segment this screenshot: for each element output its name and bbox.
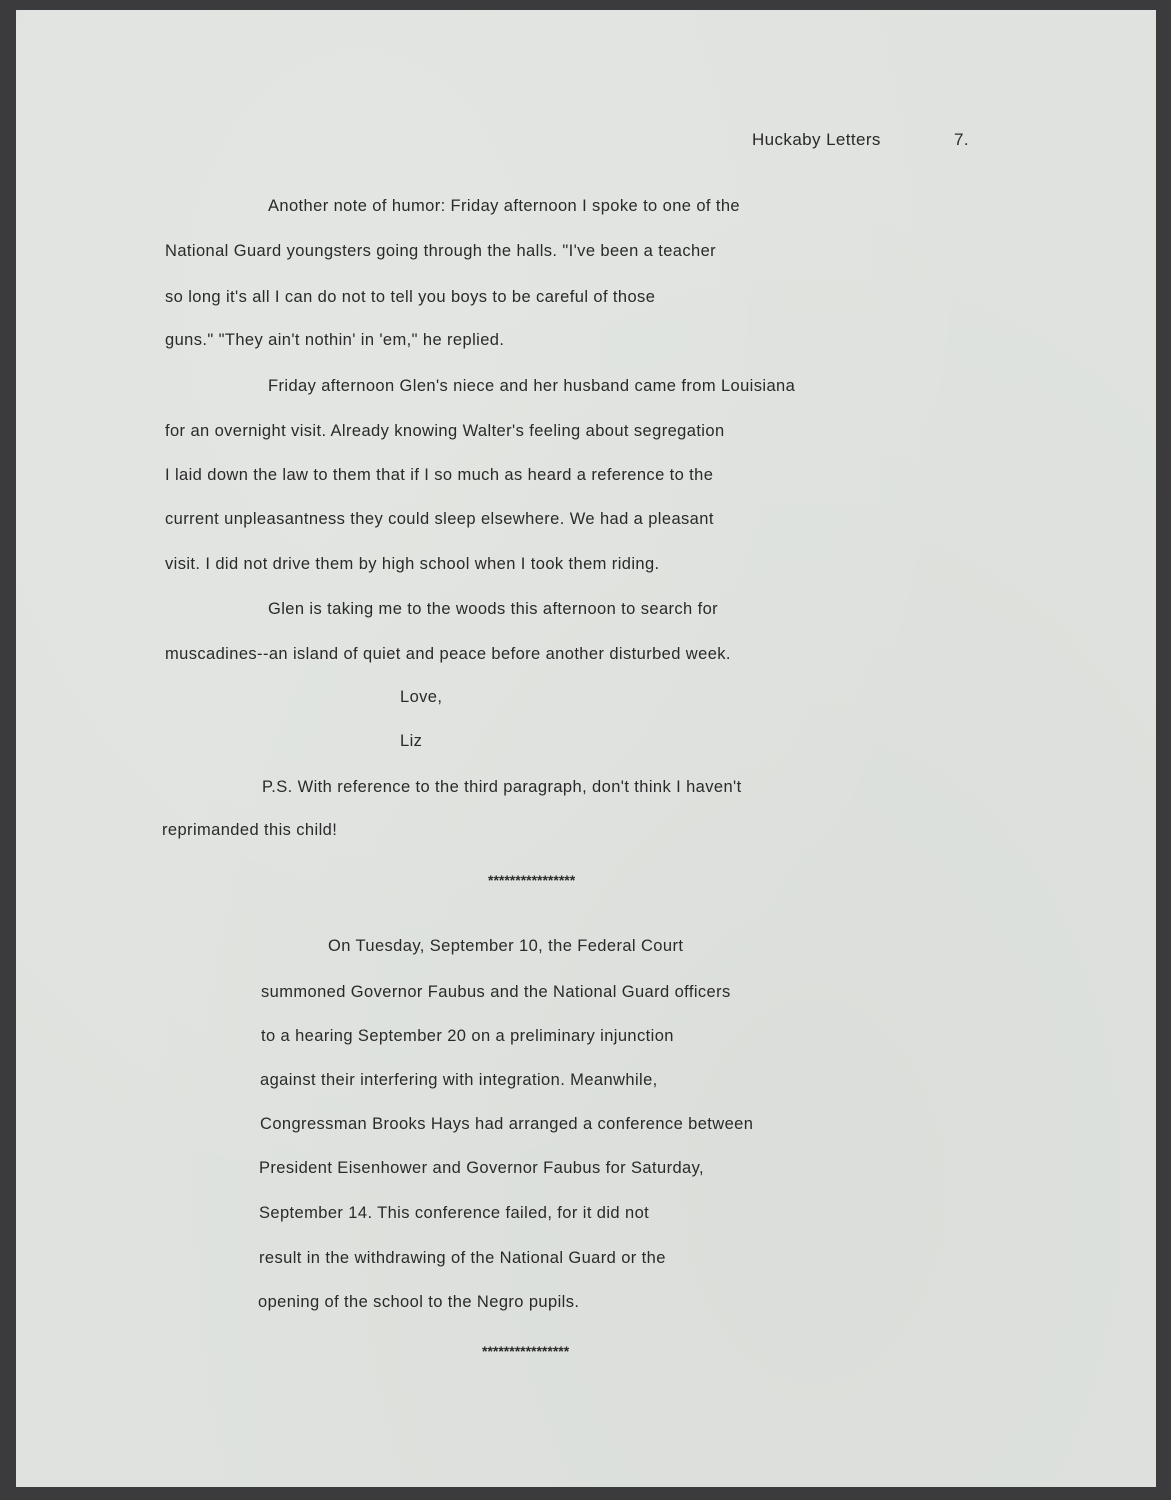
narrative-line-7: September 14. This conference failed, fo… (259, 1203, 649, 1223)
section-separator-2: **************** (482, 1341, 569, 1361)
letter-signature: Liz (400, 731, 422, 751)
letter-paragraph-1-line-1: Another note of humor: Friday afternoon … (268, 196, 740, 216)
narrative-line-5: Congressman Brooks Hays had arranged a c… (260, 1114, 753, 1134)
letter-paragraph-3-line-1: Glen is taking me to the woods this afte… (268, 599, 718, 619)
narrative-line-2: summoned Governor Faubus and the Nationa… (261, 982, 731, 1002)
letter-closing: Love, (400, 687, 442, 707)
section-separator-1: **************** (488, 870, 575, 890)
letter-paragraph-2-line-2: for an overnight visit. Already knowing … (165, 421, 725, 441)
running-header-title: Huckaby Letters (752, 130, 881, 150)
letter-paragraph-1-line-2: National Guard youngsters going through … (165, 241, 716, 261)
narrative-line-1: On Tuesday, September 10, the Federal Co… (328, 936, 683, 956)
letter-paragraph-1-line-4: guns." "They ain't nothin' in 'em," he r… (165, 330, 504, 350)
narrative-line-9: opening of the school to the Negro pupil… (258, 1292, 579, 1312)
narrative-line-6: President Eisenhower and Governor Faubus… (259, 1158, 704, 1178)
document-page: Huckaby Letters 7. Another note of humor… (16, 10, 1156, 1487)
page-number: 7. (954, 130, 969, 150)
letter-paragraph-1-line-3: so long it's all I can do not to tell yo… (165, 287, 655, 307)
postscript-line-2: reprimanded this child! (162, 820, 337, 840)
narrative-line-8: result in the withdrawing of the Nationa… (259, 1248, 666, 1268)
letter-paragraph-2-line-1: Friday afternoon Glen's niece and her hu… (268, 376, 795, 396)
letter-paragraph-3-line-2: muscadines--an island of quiet and peace… (165, 644, 731, 664)
narrative-line-3: to a hearing September 20 on a prelimina… (261, 1026, 674, 1046)
letter-paragraph-2-line-3: I laid down the law to them that if I so… (165, 465, 713, 485)
narrative-line-4: against their interfering with integrati… (260, 1070, 658, 1090)
letter-paragraph-2-line-4: current unpleasantness they could sleep … (165, 509, 714, 529)
postscript-line-1: P.S. With reference to the third paragra… (262, 777, 742, 797)
letter-paragraph-2-line-5: visit. I did not drive them by high scho… (165, 554, 660, 574)
